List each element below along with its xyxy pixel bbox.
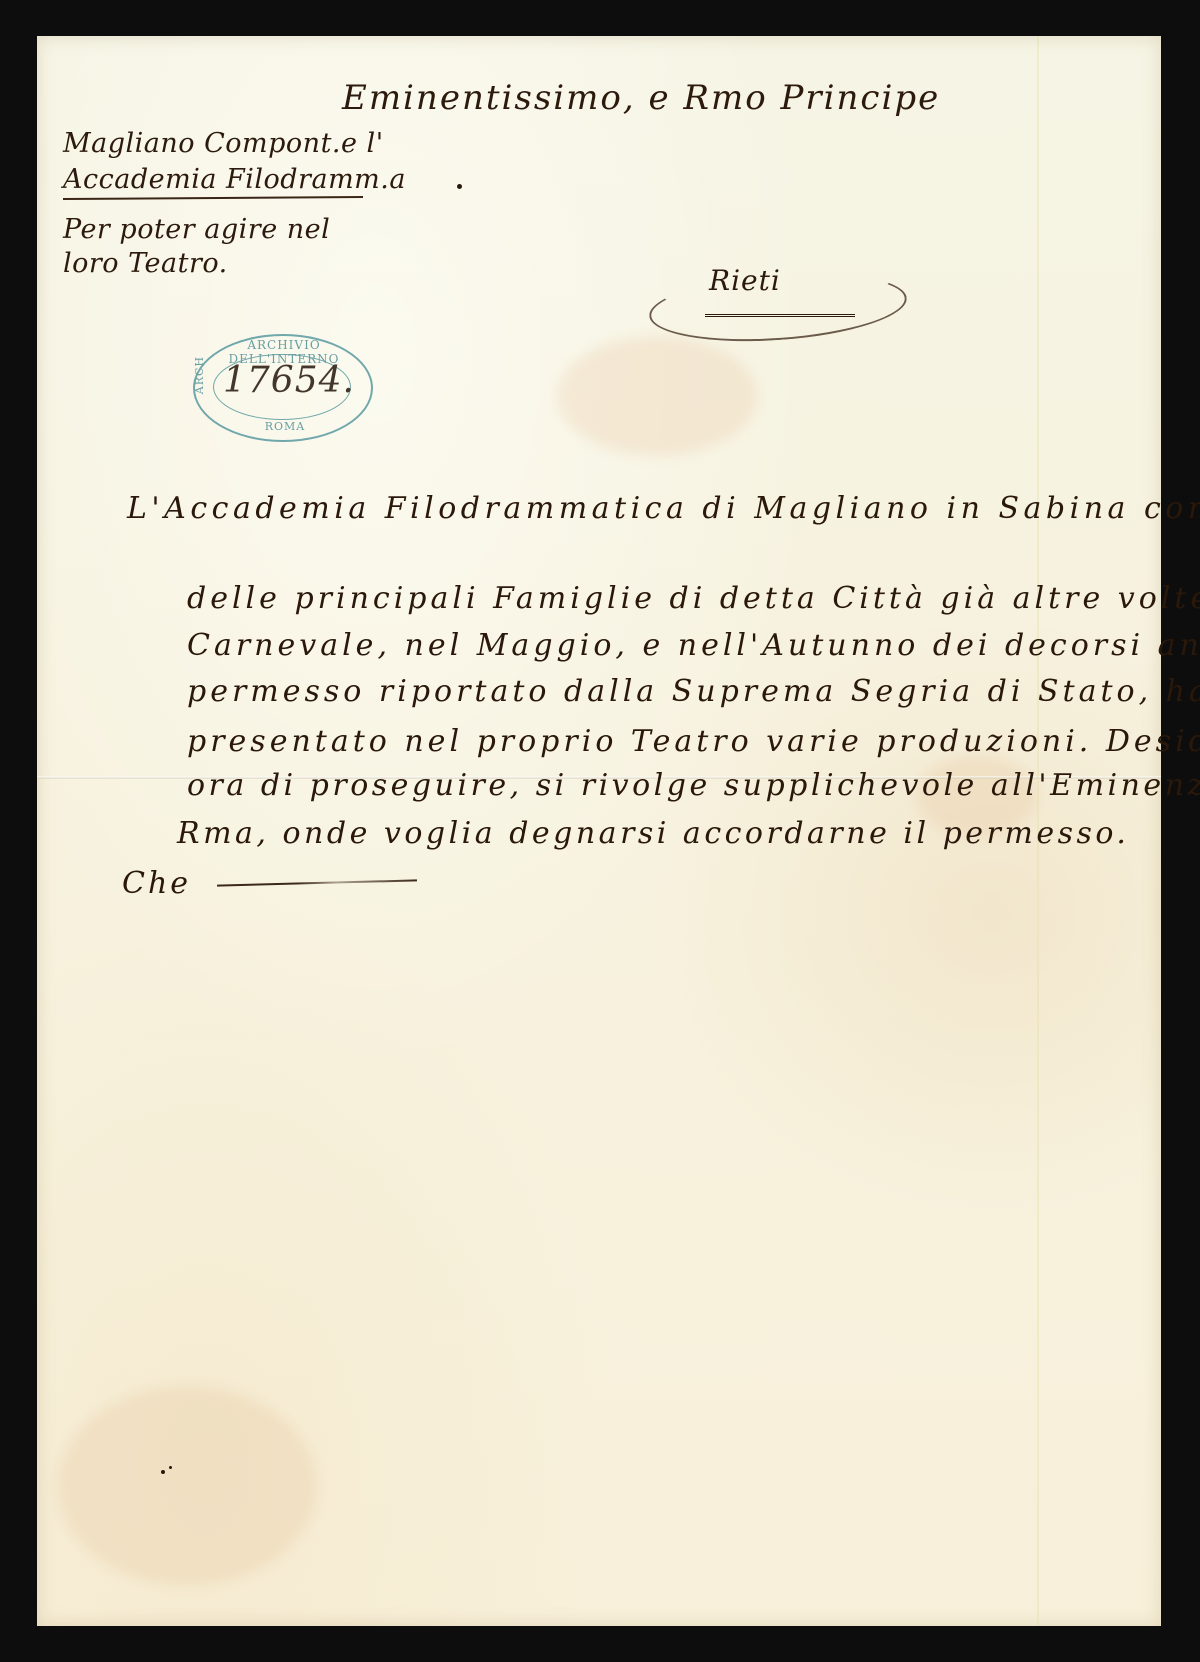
ink-dot <box>161 1470 165 1474</box>
body-text-line: Rma, onde voglia degnarsi accordarne il … <box>177 816 1129 851</box>
margin-note-line: loro Teatro. <box>63 248 228 279</box>
body-text-line: permesso riportato dalla Suprema Segria … <box>187 674 1200 709</box>
manuscript-page: Eminentissimo, e Rmo Principe Magliano C… <box>37 36 1161 1626</box>
margin-note-line: Per poter agire nel <box>63 214 330 245</box>
margin-note-line: Accademia Filodramm.a <box>63 164 406 195</box>
body-text-line: Che <box>122 866 191 901</box>
margin-note-divider <box>63 196 363 200</box>
archive-stamp: ARCHIVIO DELL'INTERNO ARCH ROMA 17654. <box>193 334 373 442</box>
body-text-line: ora di proseguire, si rivolge supplichev… <box>187 768 1200 803</box>
paper-stain <box>57 1386 317 1586</box>
body-text-line: delle principali Famiglie di detta Città… <box>187 581 1200 616</box>
paper-stain <box>557 336 757 456</box>
ink-dot <box>169 1466 172 1469</box>
body-text-line: L'Accademia Filodrammatica di Magliano i… <box>127 491 1200 526</box>
closing-flourish <box>217 879 417 886</box>
salutation-heading: Eminentissimo, e Rmo Principe <box>342 78 940 118</box>
body-text-line: presentato nel proprio Teatro varie prod… <box>187 724 1200 759</box>
struck-out-word <box>705 304 855 317</box>
place-name: Rieti <box>709 264 781 297</box>
document-frame: Eminentissimo, e Rmo Principe Magliano C… <box>0 0 1200 1662</box>
ink-dot <box>457 184 462 189</box>
body-text-line: Carnevale, nel Maggio, e nell'Autunno de… <box>187 628 1200 663</box>
margin-note-line: Magliano Compont.e l' <box>63 128 384 159</box>
stamp-bottom-text: ROMA <box>235 420 335 433</box>
protocol-number: 17654. <box>223 360 343 401</box>
stamp-left-text: ARCH <box>193 356 206 394</box>
